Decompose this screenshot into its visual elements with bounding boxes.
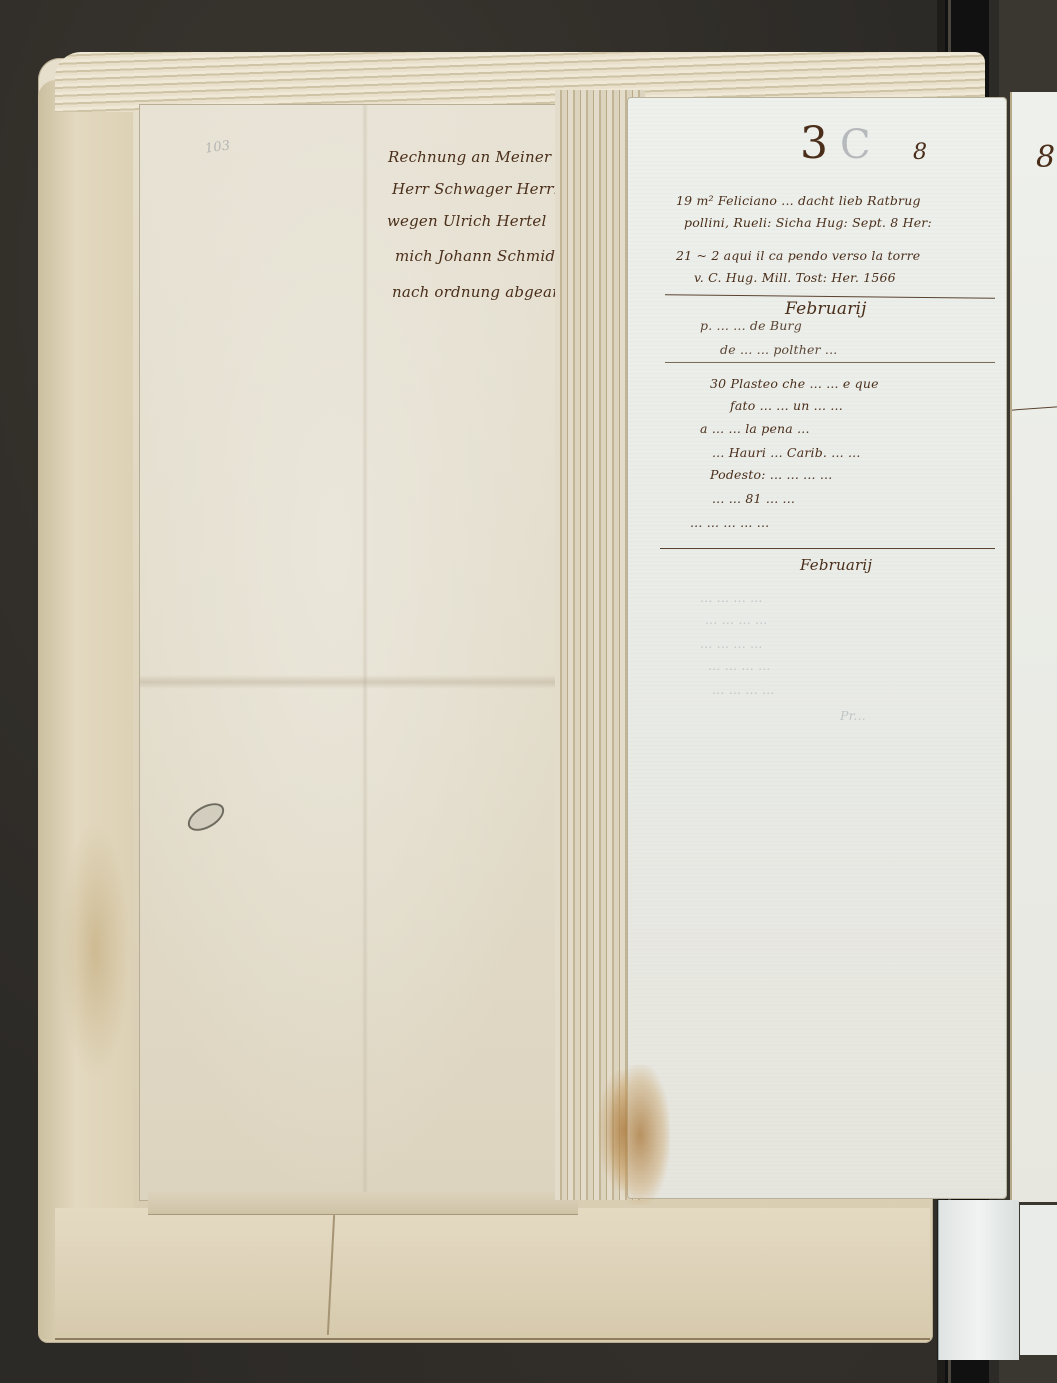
- docket-line: wegen Ulrich Hertel: [387, 212, 547, 230]
- faint-folio-mark: C: [840, 122, 871, 168]
- entry-line: 19 m² Feliciano ... dacht lieb Ratbrug: [676, 193, 921, 208]
- docket-line: Rechnung an Meiner: [388, 148, 551, 166]
- corner-stain: [610, 1065, 670, 1205]
- paper-seam: [362, 105, 368, 1200]
- month-heading: Februarij: [800, 556, 872, 574]
- entry-line: 21 ~ 2 aqui il ca pendo verso la torre: [676, 248, 920, 263]
- lower-leaf-left-margin: [38, 80, 133, 1340]
- right-page: [628, 98, 1006, 1198]
- entry-line: pollini, Rueli: Sicha Hug: Sept. 8 Her:: [684, 215, 932, 230]
- bleed-through-line: ... ... ... ...: [700, 590, 763, 605]
- bleed-through-line: ... ... ... ...: [700, 636, 763, 651]
- next-page-edge: [1010, 92, 1057, 1202]
- mirror-line: p. ... ... de Burg: [700, 318, 802, 333]
- cloth-binding-ribbon: [938, 1200, 1019, 1360]
- bleed-through-line: ... ... ... ...: [705, 612, 768, 627]
- docket-line: nach ordnung abgean: [392, 283, 562, 301]
- fold-line: [140, 675, 570, 689]
- mirror-line: fato ... ... un ... ...: [730, 398, 843, 413]
- entry-line: v. C. Hug. Mill. Tost: Her. 1566: [694, 270, 896, 285]
- month-heading: Februarij: [785, 299, 867, 319]
- water-stain: [60, 820, 130, 1080]
- left-page: [140, 105, 570, 1200]
- mirror-line: ... Hauri ... Carib. ... ...: [712, 445, 861, 460]
- mirror-line: de ... ... polther ...: [720, 342, 837, 357]
- cloth-binding-ribbon: [1020, 1205, 1057, 1355]
- folio-number: 8: [913, 140, 927, 165]
- left-page-bottom-edge: [148, 1192, 578, 1215]
- next-page-initial: 8: [1036, 140, 1055, 175]
- bleed-through-line: ... ... ... ...: [712, 682, 775, 697]
- bleed-through-line: Pr...: [840, 708, 866, 723]
- docket-line: mich Johann Schmid: [395, 247, 555, 265]
- mirror-line: 30 Plasteo che ... ... e que: [710, 376, 879, 391]
- folio-mark: 3: [800, 118, 828, 169]
- bleed-through-line: ... ... ... ...: [708, 658, 771, 673]
- ruled-line: [660, 548, 995, 549]
- mirror-line: Podesto: ... ... ... ...: [710, 467, 832, 482]
- docket-line: Herr Schwager Herrn: [392, 180, 563, 198]
- ruled-line: [665, 362, 995, 363]
- mirror-line: ... ... 81 ... ...: [712, 491, 795, 506]
- mirror-line: a ... ... la pena ...: [700, 421, 810, 436]
- lower-leaf-bottom: [55, 1208, 930, 1340]
- mirror-line: ... ... ... ... ...: [690, 515, 769, 530]
